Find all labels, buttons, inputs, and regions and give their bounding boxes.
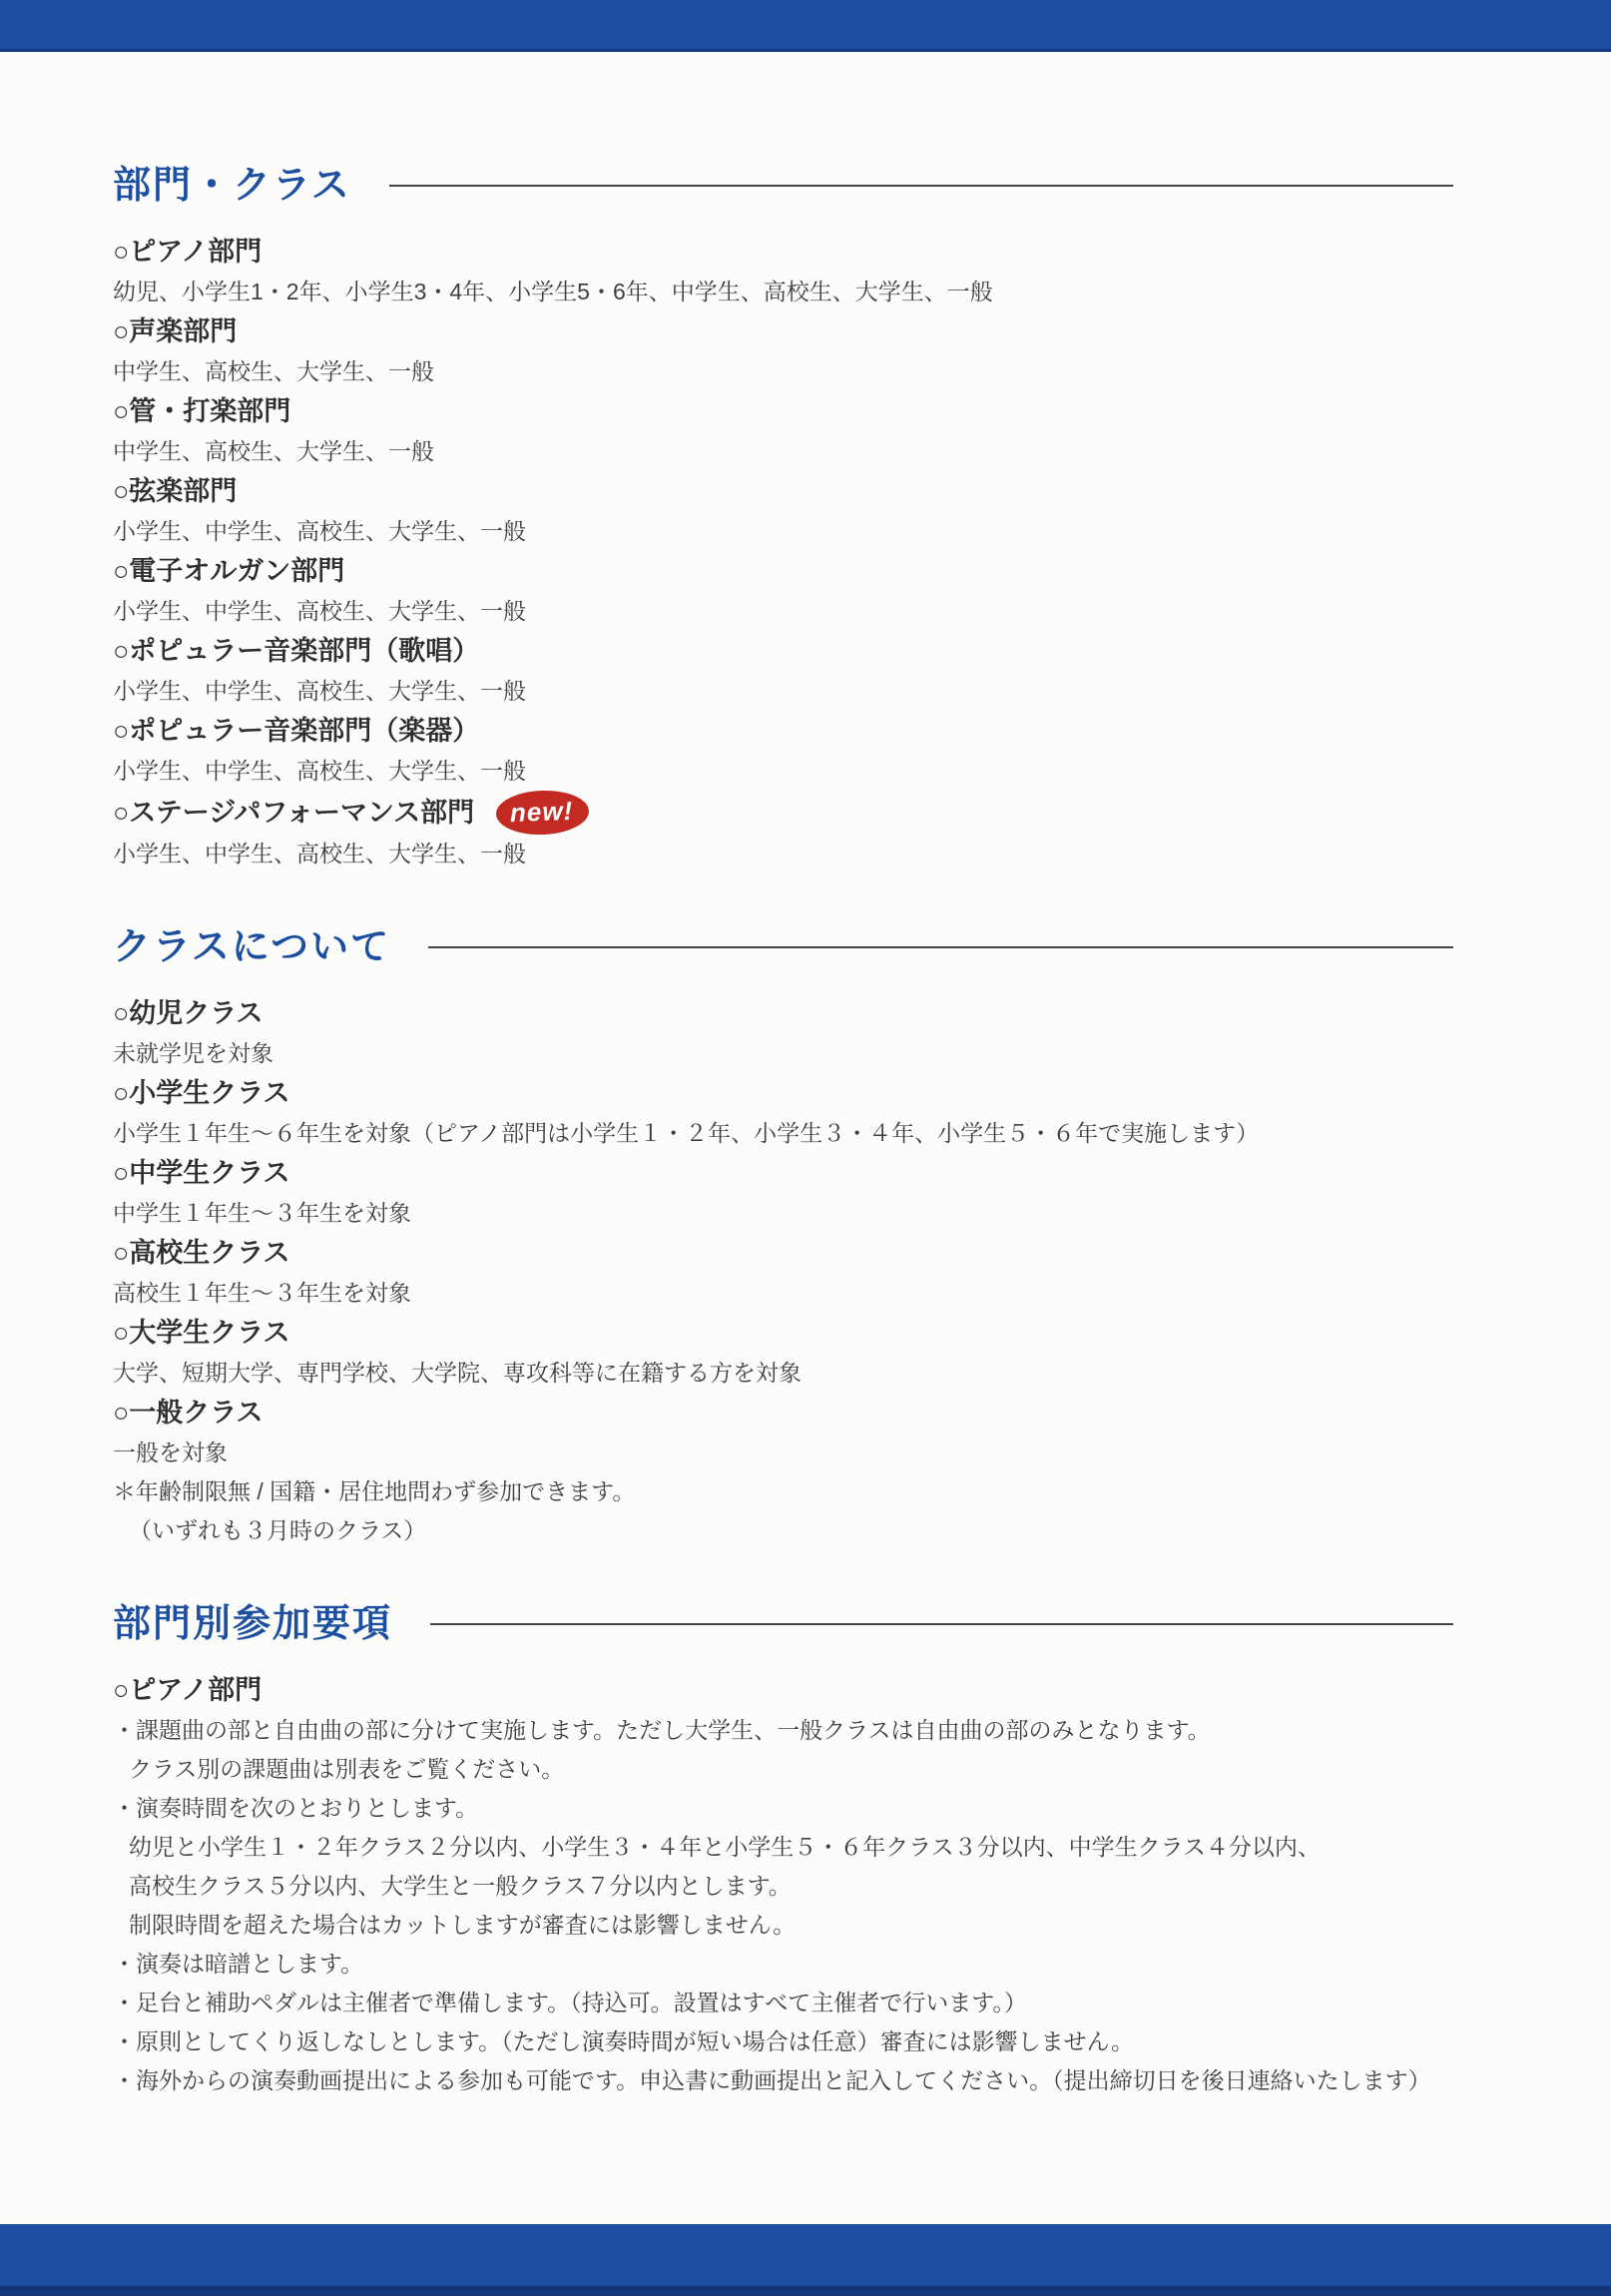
requirements-list: ○ピアノ部門 ・課題曲の部と自由曲の部に分けて実施します。ただし大学生、一般クラ… [113,1670,1453,2100]
department-name: ○管・打楽部門 [113,391,1453,432]
bottom-blue-banner [0,2224,1611,2296]
requirement-line: ・演奏時間を次のとおりとします。 [113,1789,1453,1828]
department-name-text: ○管・打楽部門 [113,391,290,432]
class-name: ○一般クラス [113,1393,1453,1434]
department-name: ○ピアノ部門 [113,232,1453,273]
class-name-text: ○中学生クラス [113,1153,290,1194]
section-title-classes: クラスについて [113,925,390,969]
top-blue-banner [0,0,1611,52]
requirement-line: ・海外からの演奏動画提出による参加も可能です。申込書に動画提出と記入してください… [113,2061,1453,2100]
section-title-departments: 部門・クラス [113,164,351,208]
class-name-text: ○幼児クラス [113,993,264,1034]
age-note: ＊年齢制限無 / 国籍・居住地問わず参加できます。 [113,1472,1453,1511]
requirement-line: クラス別の課題曲は別表をご覧ください。 [113,1750,1453,1789]
requirement-line: 制限時間を超えた場合はカットしますが審査には影響しません。 [113,1906,1453,1945]
section-classes: クラスについて ○幼児クラス 未就学児を対象 ○小学生クラス 小学生１年生～６年… [113,925,1453,1550]
department-name: ○ポピュラー音楽部門（楽器） [113,711,1453,752]
flyer-page: 部門・クラス ○ピアノ部門 幼児、小学生1・2年、小学生3・4年、小学生5・6年… [0,0,1611,2296]
department-name-text: ○声楽部門 [113,311,237,352]
department-list: ○ピアノ部門 幼児、小学生1・2年、小学生3・4年、小学生5・6年、中学生、高校… [113,232,1453,873]
department-name-text: ○ポピュラー音楽部門（歌唱） [113,631,479,672]
department-classes: 幼児、小学生1・2年、小学生3・4年、小学生5・6年、中学生、高校生、大学生、一… [113,273,1453,311]
heading-rule [430,1623,1453,1625]
requirement-line: ・原則としてくり返しなしとします。（ただし演奏時間が短い場合は任意）審査には影響… [113,2022,1453,2061]
section-departments-heading: 部門・クラス [113,164,1453,208]
requirement-line: ・演奏は暗譜とします。 [113,1945,1453,1984]
department-classes: 中学生、高校生、大学生、一般 [113,352,1453,391]
class-name-text: ○大学生クラス [113,1313,290,1354]
department-classes: 小学生、中学生、高校生、大学生、一般 [113,835,1453,873]
class-name-text: ○高校生クラス [113,1233,290,1274]
class-list: ○幼児クラス 未就学児を対象 ○小学生クラス 小学生１年生～６年生を対象（ピアノ… [113,993,1453,1550]
department-classes: 中学生、高校生、大学生、一般 [113,432,1453,471]
march-note: （いずれも３月時のクラス） [113,1511,1453,1550]
department-name: ○ポピュラー音楽部門（歌唱） [113,631,1453,672]
requirement-line: ・足台と補助ペダルは主催者で準備します。（持込可。設置はすべて主催者で行います。… [113,1984,1453,2022]
department-name-text: ○ピアノ部門 [113,232,262,273]
department-name-text: ○ポピュラー音楽部門（楽器） [113,711,479,752]
department-name: ○弦楽部門 [113,471,1453,512]
department-classes: 小学生、中学生、高校生、大学生、一般 [113,752,1453,791]
class-name: ○小学生クラス [113,1073,1453,1114]
class-desc: 小学生１年生～６年生を対象（ピアノ部門は小学生１・２年、小学生３・４年、小学生５… [113,1114,1453,1153]
department-name-text: ○弦楽部門 [113,471,237,512]
class-name-text: ○一般クラス [113,1393,264,1434]
section-requirements: 部門別参加要項 ○ピアノ部門 ・課題曲の部と自由曲の部に分けて実施します。ただし… [113,1602,1453,2100]
requirement-line: 幼児と小学生１・２年クラス２分以内、小学生３・４年と小学生５・６年クラス３分以内… [113,1828,1453,1867]
section-departments: 部門・クラス ○ピアノ部門 幼児、小学生1・2年、小学生3・4年、小学生5・6年… [113,164,1453,873]
class-name: ○大学生クラス [113,1313,1453,1354]
class-name-text: ○小学生クラス [113,1073,290,1114]
class-desc: 中学生１年生～３年生を対象 [113,1194,1453,1233]
section-title-requirements: 部門別参加要項 [113,1602,392,1646]
class-desc: 未就学児を対象 [113,1034,1453,1073]
department-name-text: ○ステージパフォーマンス部門 [113,793,474,834]
class-name: ○高校生クラス [113,1233,1453,1274]
heading-rule [389,185,1453,187]
department-classes: 小学生、中学生、高校生、大学生、一般 [113,512,1453,551]
class-desc: 大学、短期大学、専門学校、大学院、専攻科等に在籍する方を対象 [113,1354,1453,1393]
new-badge: new! [495,789,590,836]
class-desc: 一般を対象 [113,1434,1453,1472]
department-name: ○声楽部門 [113,311,1453,352]
department-name: ○電子オルガン部門 [113,551,1453,592]
requirement-line: 高校生クラス５分以内、大学生と一般クラス７分以内とします。 [113,1867,1453,1906]
heading-rule [428,946,1453,948]
section-requirements-heading: 部門別参加要項 [113,1602,1453,1646]
page-content: 部門・クラス ○ピアノ部門 幼児、小学生1・2年、小学生3・4年、小学生5・6年… [0,52,1611,2100]
class-desc: 高校生１年生～３年生を対象 [113,1274,1453,1313]
requirements-subtitle-text: ○ピアノ部門 [113,1670,262,1711]
requirement-line: ・課題曲の部と自由曲の部に分けて実施します。ただし大学生、一般クラスは自由曲の部… [113,1711,1453,1750]
class-name: ○中学生クラス [113,1153,1453,1194]
section-classes-heading: クラスについて [113,925,1453,969]
department-name-text: ○電子オルガン部門 [113,551,344,592]
department-classes: 小学生、中学生、高校生、大学生、一般 [113,672,1453,711]
class-name: ○幼児クラス [113,993,1453,1034]
requirements-subtitle: ○ピアノ部門 [113,1670,1453,1711]
department-classes: 小学生、中学生、高校生、大学生、一般 [113,592,1453,631]
department-name: ○ステージパフォーマンス部門 new! [113,791,1453,835]
